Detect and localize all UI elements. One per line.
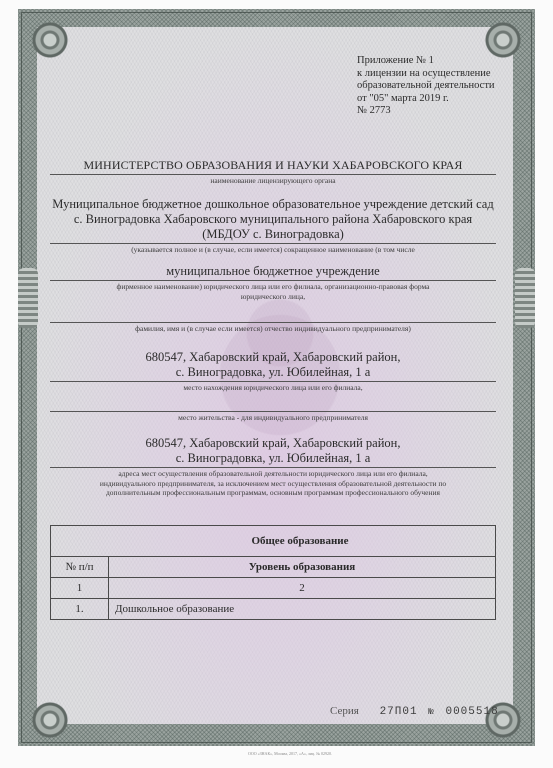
legal-form-value: муниципальное бюджетное учреждение <box>50 264 496 281</box>
appendix-line: № 2773 <box>357 105 527 118</box>
appendix-header: Приложение № 1 к лицензии на осуществлен… <box>357 55 527 118</box>
caption-line: юридического лица, <box>50 292 496 302</box>
header-number: № п/п <box>51 557 109 578</box>
entrepreneur-name-value <box>50 308 496 323</box>
legal-form-caption: фирменное наименование) юридического лиц… <box>50 281 496 301</box>
appendix-line: от "05" марта 2019 г. <box>357 93 527 106</box>
table-section-row: Общее образование <box>51 526 496 557</box>
entrepreneur-name-caption: фамилия, имя и (в случае если имеется) о… <box>50 323 496 334</box>
residence-caption: место жительства - для индивидуального п… <box>50 412 496 423</box>
appendix-line: Приложение № 1 <box>357 55 527 68</box>
row-number: 1. <box>51 599 109 620</box>
caption-line: адреса мест осуществления образовательно… <box>50 469 496 479</box>
organization-name-caption: (указывается полное и (в случае, если им… <box>50 244 496 255</box>
organization-name-field: Муниципальное бюджетное дошкольное образ… <box>50 197 496 255</box>
series-code: 27П01 <box>380 706 418 718</box>
document-page: Приложение № 1 к лицензии на осуществлен… <box>0 0 553 768</box>
knot-ornament-icon <box>515 268 535 328</box>
appendix-line: образовательной деятельности <box>357 80 527 93</box>
table-row: 1. Дошкольное образование <box>51 599 496 620</box>
address-line: с. Виноградовка, ул. Юбилейная, 1 а <box>50 451 496 466</box>
activity-address-value: 680547, Хабаровский край, Хабаровский ра… <box>50 436 496 468</box>
licensing-body-field: МИНИСТЕРСТВО ОБРАЗОВАНИЯ И НАУКИ ХАБАРОВ… <box>50 158 496 186</box>
organization-name-line: (МБДОУ с. Виноградовка) <box>50 227 496 242</box>
section-title: Общее образование <box>51 526 496 557</box>
caption-line: индивидуального предпринимателя, за искл… <box>50 479 496 489</box>
corner-ornament-icon <box>30 700 70 740</box>
legal-form-field: муниципальное бюджетное учреждение фирме… <box>50 264 496 301</box>
knot-ornament-icon <box>18 268 38 328</box>
series-label: Серия <box>330 705 359 717</box>
address-line: с. Виноградовка, ул. Юбилейная, 1 а <box>50 365 496 380</box>
entrepreneur-name-field: фамилия, имя и (в случае если имеется) о… <box>50 308 496 334</box>
form-number: 0005518 <box>445 706 498 718</box>
number-sign: № <box>428 707 434 717</box>
header-level: Уровень образования <box>109 557 496 578</box>
caption-line: фирменное наименование) юридического лиц… <box>50 282 496 292</box>
residence-field: место жительства - для индивидуального п… <box>50 397 496 423</box>
caption-line: дополнительным профессиональным программ… <box>50 488 496 498</box>
activity-address-caption: адреса мест осуществления образовательно… <box>50 468 496 498</box>
organization-name-line: с. Виноградовка Хабаровского муниципальн… <box>50 212 496 227</box>
legal-address-caption: место нахождения юридического лица или е… <box>50 382 496 393</box>
residence-value <box>50 397 496 412</box>
organization-name-line: Муниципальное бюджетное дошкольное образ… <box>50 197 496 212</box>
column-number: 2 <box>109 578 496 599</box>
licensing-body-caption: наименование лицензирующего органа <box>50 175 496 186</box>
activity-address-field: 680547, Хабаровский край, Хабаровский ра… <box>50 436 496 498</box>
licensing-body-value: МИНИСТЕРСТВО ОБРАЗОВАНИЯ И НАУКИ ХАБАРОВ… <box>50 158 496 175</box>
appendix-line: к лицензии на осуществление <box>357 68 527 81</box>
printer-imprint: ООО «ЗНАК», Москва, 2017, «А», лиц. № 02… <box>230 751 350 756</box>
legal-address-value: 680547, Хабаровский край, Хабаровский ра… <box>50 350 496 382</box>
column-number: 1 <box>51 578 109 599</box>
legal-address-field: 680547, Хабаровский край, Хабаровский ра… <box>50 350 496 393</box>
address-line: 680547, Хабаровский край, Хабаровский ра… <box>50 436 496 451</box>
table-header-row: № п/п Уровень образования <box>51 557 496 578</box>
corner-ornament-icon <box>483 20 523 60</box>
organization-name-value: Муниципальное бюджетное дошкольное образ… <box>50 197 496 244</box>
corner-ornament-icon <box>30 20 70 60</box>
row-level: Дошкольное образование <box>109 599 496 620</box>
address-line: 680547, Хабаровский край, Хабаровский ра… <box>50 350 496 365</box>
table-column-numbers-row: 1 2 <box>51 578 496 599</box>
education-levels-table: Общее образование № п/п Уровень образова… <box>50 525 496 620</box>
form-series: Серия 27П01 № 0005518 <box>330 705 499 718</box>
